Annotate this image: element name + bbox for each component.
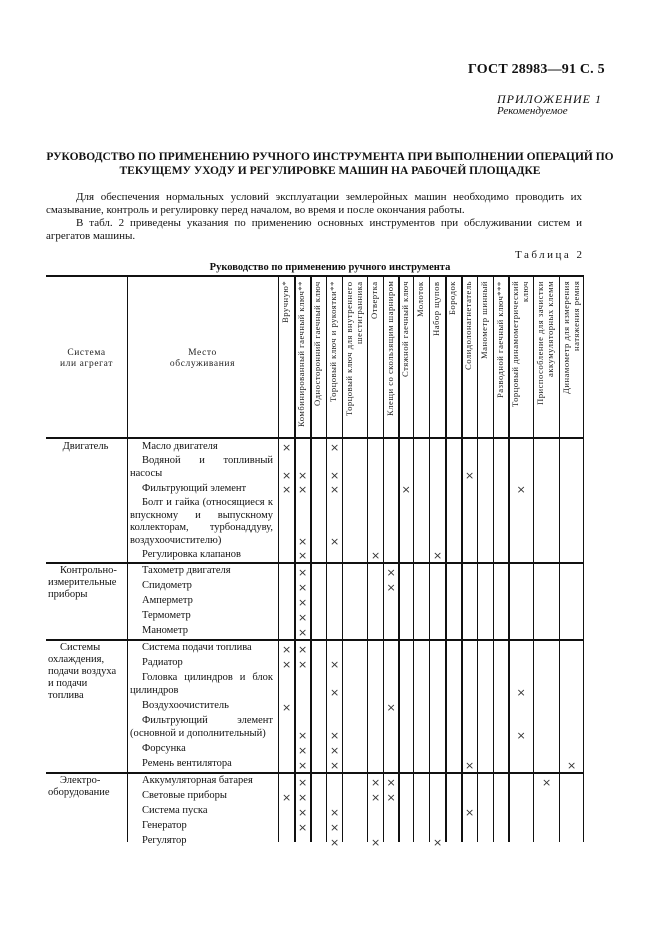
usage-mark: × [282,792,291,803]
usage-mark: × [465,807,474,818]
usage-mark: × [330,536,339,547]
table-rule [429,275,430,842]
column-header-tool: Приспособление для зачистки аккумуляторн… [535,281,558,433]
usage-mark: × [298,612,307,623]
column-header-tool: Клещи со скользящим шарниром [385,281,397,433]
usage-mark: × [330,659,339,670]
usage-mark: × [282,442,291,453]
table-row-place: Аккумуляторная батарея [130,775,273,788]
usage-mark: × [465,470,474,481]
column-header-tool: Вручную* [280,281,293,433]
usage-mark: × [330,687,339,698]
table-rule [278,275,279,842]
usage-mark: × [298,822,307,833]
column-header-tool: Торцовый динамометрический ключ [510,281,532,433]
usage-mark: × [371,837,380,848]
usage-mark: × [298,470,307,481]
table-row-place: Амперметр [130,595,273,608]
table-rule [583,275,584,842]
table-row-place: Система подачи топлива [130,642,273,655]
usage-mark: × [387,582,396,593]
table-row-place: Манометр [130,625,273,638]
table-row-place: Масло двигателя [130,441,273,454]
system-cell: Системы охлаждения, подачи воздуха и под… [48,642,123,702]
table-row-place: Ремень вентилятора [130,758,273,771]
usage-mark: × [517,484,526,495]
column-header-place: Место обслуживания [127,348,278,370]
tool-usage-table: Система или агрегатМесто обслуживанияВру… [0,0,661,936]
table-rule [559,275,560,842]
usage-mark: × [371,550,380,561]
table-row-place: Система пуска [130,805,273,818]
table-row-place: Регулировка клапанов [130,549,273,562]
usage-mark: × [371,792,380,803]
column-header-tool: Торцовый ключ и рукоятки** [328,281,341,433]
table-rule [46,562,583,564]
usage-mark: × [298,807,307,818]
usage-mark: × [298,745,307,756]
usage-mark: × [433,550,442,561]
table-row-place: Световые приборы [130,790,273,803]
column-header-tool: Молоток [415,281,428,433]
usage-mark: × [542,777,551,788]
usage-mark: × [298,550,307,561]
usage-mark: × [298,582,307,593]
table-row-place: Водяной и топливный насосы [130,455,273,480]
usage-mark: × [330,442,339,453]
usage-mark: × [330,745,339,756]
table-rule [46,639,583,641]
usage-mark: × [282,484,291,495]
table-rule [533,275,534,842]
usage-mark: × [330,484,339,495]
column-header-tool: Комбинированный гаечный ключ** [296,281,309,433]
usage-mark: × [517,730,526,741]
table-row-place: Радиатор [130,657,273,670]
column-header-tool: Бородок [447,281,460,433]
table-rule [367,275,368,842]
system-cell: Двигатель [48,441,123,453]
usage-mark: × [282,644,291,655]
usage-mark: × [298,659,307,670]
usage-mark: × [330,730,339,741]
table-rule [493,275,494,842]
table-row-place: Спидометр [130,580,273,593]
usage-mark: × [402,484,411,495]
table-rule [383,275,384,842]
usage-mark: × [282,470,291,481]
table-row-place: Тахометр двигателя [130,565,273,578]
usage-mark: × [330,822,339,833]
usage-mark: × [298,644,307,655]
table-row-place: Генератор [130,820,273,833]
usage-mark: × [282,659,291,670]
table-row-place: Термометр [130,610,273,623]
column-header-tool: Манометр шинный [479,281,492,433]
table-rule [46,772,583,774]
column-header-system: Система или агрегат [46,348,127,370]
column-header-tool: Разводной гаечный ключ*** [495,281,507,433]
usage-mark: × [330,807,339,818]
usage-mark: × [282,702,291,713]
usage-mark: × [298,536,307,547]
table-row-place: Фильтрующий элемент (основной и дополнит… [130,715,273,740]
table-row-place: Фильтрующий элемент [130,483,273,496]
table-rule [413,275,414,842]
usage-mark: × [330,470,339,481]
usage-mark: × [387,567,396,578]
usage-mark: × [298,627,307,638]
usage-mark: × [330,837,339,848]
column-header-tool: Односторонний гаечный ключ [312,281,325,433]
table-row-place: Головка цилиндров и блок цилиндров [130,672,273,697]
column-header-tool: Торцовый ключ для внутреннего шестигранн… [344,281,366,433]
system-cell: Контрольно-измерительные приборы [48,565,123,601]
usage-mark: × [298,777,307,788]
usage-mark: × [298,792,307,803]
table-row-place: Форсунка [130,743,273,756]
usage-mark: × [387,792,396,803]
usage-mark: × [387,777,396,788]
table-row-place: Болт и гайка (относящиеся к впускному и … [130,497,273,547]
usage-mark: × [298,567,307,578]
table-rule [326,275,327,842]
usage-mark: × [298,730,307,741]
usage-mark: × [298,597,307,608]
table-row-place: Воздухоочиститель [130,700,273,713]
table-rule [477,275,478,842]
column-header-tool: Динамометр для измерения натяжения ремня [561,281,582,433]
table-rule [342,275,343,842]
table-row-place: Регулятор [130,835,273,848]
column-header-tool: Отвертка [369,281,382,433]
usage-mark: × [298,760,307,771]
column-header-tool: Солидолонагнетатель [463,281,476,433]
usage-mark: × [465,760,474,771]
usage-mark: × [517,687,526,698]
usage-mark: × [433,837,442,848]
usage-mark: × [298,484,307,495]
column-header-tool: Стяжной гаечный ключ [400,281,412,433]
system-cell: Электро-оборудование [48,775,123,799]
usage-mark: × [387,702,396,713]
usage-mark: × [330,760,339,771]
column-header-tool: Набор щупов [431,281,444,433]
usage-mark: × [567,760,576,771]
usage-mark: × [371,777,380,788]
